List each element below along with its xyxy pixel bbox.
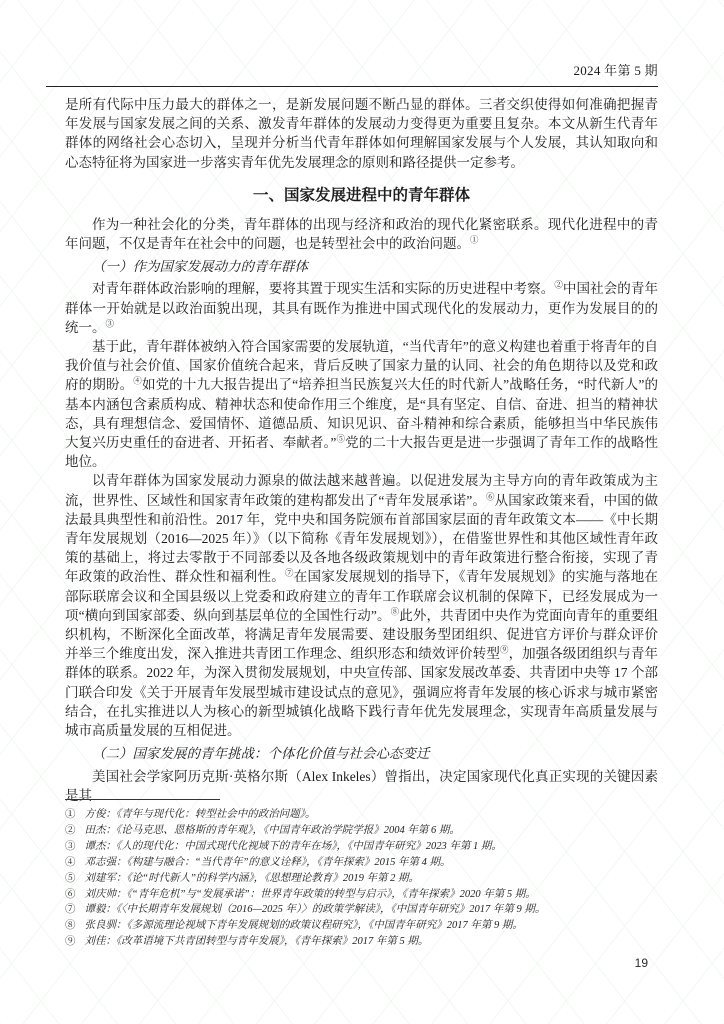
footnote-marker: ② bbox=[65, 823, 76, 839]
footnote-marker: ⑦ bbox=[65, 902, 76, 918]
footnote-text: 邓志强：《构建与融合：“当代青年”的意义诠释》，《青年探索》2015 年第 4 … bbox=[85, 857, 451, 868]
page-header: 2024 年第 5 期 bbox=[65, 62, 658, 87]
footnotes-section: ①方俊：《青年与现代化：转型社会中的政治问题》。 ②田杰：《论马克思、恩格斯的青… bbox=[65, 799, 658, 950]
subheading-2: （二）国家发展的青年挑战：个体化价值与社会心态变迁 bbox=[65, 744, 658, 763]
footnote-text: 刘佳：《改革语境下共青团转型与青年发展》，《青年探索》2017 年第 5 期。 bbox=[85, 936, 429, 947]
footnote-separator bbox=[65, 799, 220, 800]
footnote-item: ⑦谭毅：《〈中长期青年发展规划（2016—2025 年）〉的政策学解读》，《中国… bbox=[65, 902, 658, 918]
paragraph: 以青年群体为国家发展动力源泉的做法越来越普遍。以促进发展为主导方向的青年政策成为… bbox=[65, 471, 658, 740]
subheading-1: （一）作为国家发展动力的青年群体 bbox=[65, 257, 658, 276]
footnote-text: 谭杰：《人的现代化：中国式现代化视域下的青年在场》，《中国青年研究》2023 年… bbox=[85, 841, 502, 852]
footnote-text: 张良驯：《多源流理论视域下青年发展规划的政策议程研究》，《中国青年研究》2017… bbox=[85, 920, 523, 931]
footnote-item: ③谭杰：《人的现代化：中国式现代化视域下的青年在场》，《中国青年研究》2023 … bbox=[65, 839, 658, 855]
footnote-text: 刘建军：《论“时代新人”的科学内涵》，《思想理论教育》2019 年第 2 期。 bbox=[85, 873, 420, 884]
footnote-item: ⑥刘庆帅：《“青年危机”与“发展承诺”：世界青年政策的转型与启示》，《青年探索》… bbox=[65, 887, 658, 903]
footnote-marker: ⑤ bbox=[65, 871, 76, 887]
footnote-item: ①方俊：《青年与现代化：转型社会中的政治问题》。 bbox=[65, 807, 658, 823]
paragraph: 作为一种社会化的分类，青年群体的出现与经济和政治的现代化紧密联系。现代化进程中的… bbox=[65, 215, 658, 253]
footnote-item: ④邓志强：《构建与融合：“当代青年”的意义诠释》，《青年探索》2015 年第 4… bbox=[65, 855, 658, 871]
footnote-item: ⑧张良驯：《多源流理论视域下青年发展规划的政策议程研究》，《中国青年研究》201… bbox=[65, 918, 658, 934]
footnote-text: 谭毅：《〈中长期青年发展规划（2016—2025 年）〉的政策学解读》，《中国青… bbox=[85, 904, 546, 915]
footnote-list: ①方俊：《青年与现代化：转型社会中的政治问题》。 ②田杰：《论马克思、恩格斯的青… bbox=[65, 807, 658, 950]
footnote-marker: ⑥ bbox=[65, 887, 76, 903]
journal-page: 2024 年第 5 期 是所有代际中压力最大的群体之一，是新发展问题不断凸显的群… bbox=[0, 0, 724, 1024]
section-heading: 一、国家发展进程中的青年群体 bbox=[65, 185, 658, 206]
footnote-marker: ⑧ bbox=[65, 918, 76, 934]
page-number: 19 bbox=[635, 956, 648, 970]
footnote-text: 方俊：《青年与现代化：转型社会中的政治问题》。 bbox=[85, 809, 316, 820]
footnote-text: 田杰：《论马克思、恩格斯的青年观》，《中国青年政治学院学报》2004 年第 6 … bbox=[85, 825, 460, 836]
footnote-item: ②田杰：《论马克思、恩格斯的青年观》，《中国青年政治学院学报》2004 年第 6… bbox=[65, 823, 658, 839]
footnote-text: 刘庆帅：《“青年危机”与“发展承诺”：世界青年政策的转型与启示》，《青年探索》2… bbox=[85, 889, 536, 900]
footnote-item: ⑨刘佳：《改革语境下共青团转型与青年发展》，《青年探索》2017 年第 5 期。 bbox=[65, 934, 658, 950]
article-body: 是所有代际中压力最大的群体之一，是新发展问题不断凸显的群体。三者交织使得如何准确… bbox=[65, 95, 658, 805]
footnote-marker: ⑨ bbox=[65, 934, 76, 950]
header-rule bbox=[46, 86, 658, 87]
footnote-marker: ① bbox=[65, 807, 76, 823]
issue-label: 2024 年第 5 期 bbox=[65, 62, 658, 80]
paragraph: 基于此，青年群体被纳入符合国家需要的发展轨道，“当代青年”的意义构建也着重于将青… bbox=[65, 337, 658, 471]
footnote-marker: ④ bbox=[65, 855, 76, 871]
page-content-area: 2024 年第 5 期 是所有代际中压力最大的群体之一，是新发展问题不断凸显的群… bbox=[0, 0, 724, 805]
footnote-marker: ③ bbox=[65, 839, 76, 855]
paragraph: 对青年群体政治影响的理解，要将其置于现实生活和实际的历史进程中考察。②中国社会的… bbox=[65, 279, 658, 337]
paragraph-continuation: 是所有代际中压力最大的群体之一，是新发展问题不断凸显的群体。三者交织使得如何准确… bbox=[65, 95, 658, 172]
footnote-item: ⑤刘建军：《论“时代新人”的科学内涵》，《思想理论教育》2019 年第 2 期。 bbox=[65, 871, 658, 887]
